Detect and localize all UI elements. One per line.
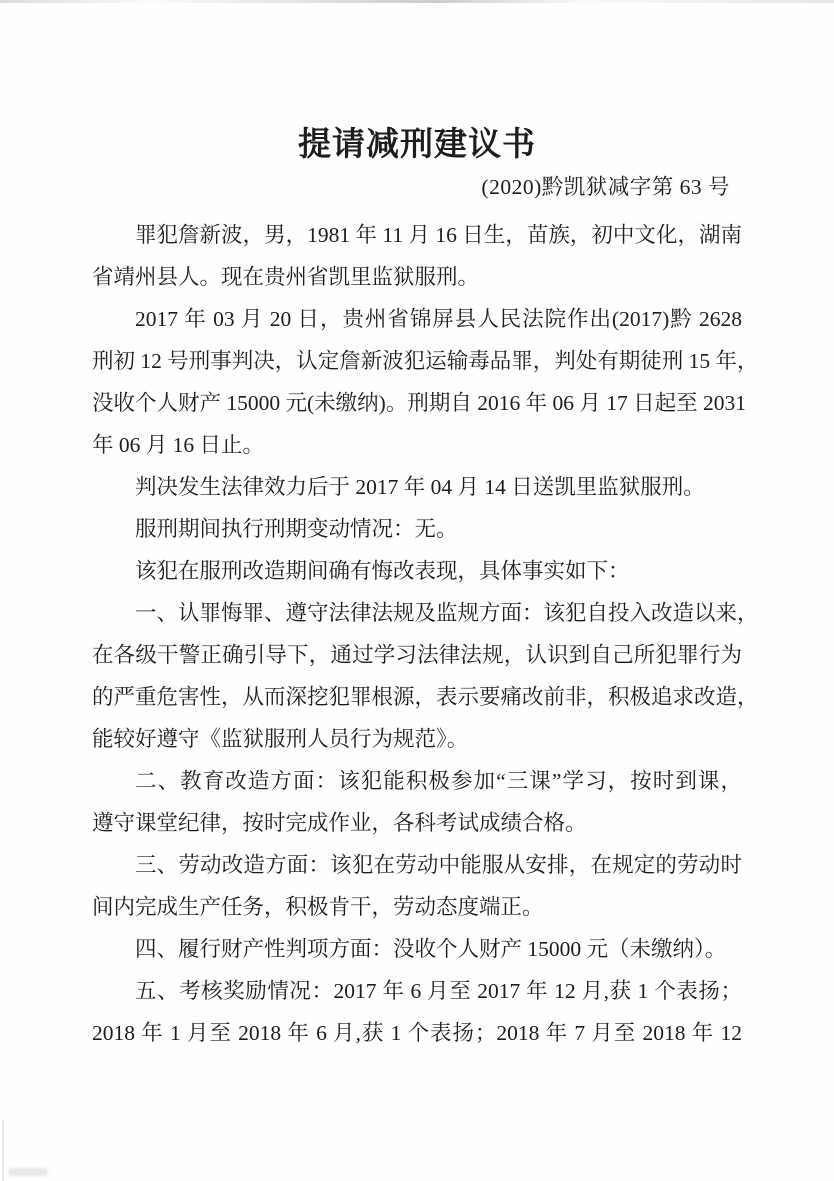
case-number: (2020)黔凯狱减字第 63 号 (481, 170, 730, 201)
text-line: 遵守课堂纪律，按时完成作业，各科考试成绩合格。 (92, 802, 742, 844)
paragraph: 一、认罪悔罪、遵守法律法规及监规方面：该犯自投入改造以来，在各级干警正确引导下，… (92, 592, 742, 760)
text-line: 省靖州县人。现在贵州省凯里监狱服刑。 (92, 256, 742, 298)
scanned-document-page: 提请减刑建议书 (2020)黔凯狱减字第 63 号 罪犯詹新波，男，1981 年… (0, 0, 834, 1181)
paragraph: 三、劳动改造方面：该犯在劳动中能服从安排，在规定的劳动时间内完成生产任务，积极肯… (92, 844, 742, 928)
text-line: 一、认罪悔罪、遵守法律法规及监规方面：该犯自投入改造以来， (92, 592, 742, 634)
paragraph: 2017 年 03 月 20 日，贵州省锦屏县人民法院作出(2017)黔 262… (92, 298, 742, 466)
text-line: 没收个人财产 15000 元(未缴纳)。刑期自 2016 年 06 月 17 日… (92, 382, 742, 424)
scan-artifact-top-edge (0, 0, 834, 3)
scan-artifact-left-edge (2, 1120, 4, 1181)
scan-artifact-smudge (8, 1168, 48, 1176)
text-line: 间内完成生产任务，积极肯干，劳动态度端正。 (92, 886, 742, 928)
paragraph: 五、考核奖励情况：2017 年 6 月至 2017 年 12 月,获 1 个表扬… (92, 970, 742, 1054)
text-line: 年 06 月 16 日止。 (92, 424, 742, 466)
document-body: 罪犯詹新波，男，1981 年 11 月 16 日生，苗族，初中文化，湖南省靖州县… (92, 214, 742, 1054)
text-line: 三、劳动改造方面：该犯在劳动中能服从安排，在规定的劳动时 (92, 844, 742, 886)
paragraph: 罪犯詹新波，男，1981 年 11 月 16 日生，苗族，初中文化，湖南省靖州县… (92, 214, 742, 298)
text-line: 2017 年 03 月 20 日，贵州省锦屏县人民法院作出(2017)黔 262… (92, 298, 742, 340)
text-line: 判决发生法律效力后于 2017 年 04 月 14 日送凯里监狱服刑。 (92, 466, 742, 508)
paragraph: 该犯在服刑改造期间确有悔改表现，具体事实如下： (92, 550, 742, 592)
text-line: 服刑期间执行刑期变动情况：无。 (92, 508, 742, 550)
text-line: 刑初 12 号刑事判决，认定詹新波犯运输毒品罪，判处有期徒刑 15 年， (92, 340, 742, 382)
text-line: 五、考核奖励情况：2017 年 6 月至 2017 年 12 月,获 1 个表扬… (92, 970, 742, 1012)
paragraph: 四、履行财产性判项方面：没收个人财产 15000 元（未缴纳）。 (92, 928, 742, 970)
text-line: 该犯在服刑改造期间确有悔改表现，具体事实如下： (92, 550, 742, 592)
paragraph: 服刑期间执行刑期变动情况：无。 (92, 508, 742, 550)
text-line: 能较好遵守《监狱服刑人员行为规范》。 (92, 718, 742, 760)
paragraph: 二、教育改造方面：该犯能积极参加“三课”学习，按时到课，遵守课堂纪律，按时完成作… (92, 760, 742, 844)
text-line: 的严重危害性，从而深挖犯罪根源，表示要痛改前非，积极追求改造， (92, 676, 742, 718)
text-line: 二、教育改造方面：该犯能积极参加“三课”学习，按时到课， (92, 760, 742, 802)
text-line: 罪犯詹新波，男，1981 年 11 月 16 日生，苗族，初中文化，湖南 (92, 214, 742, 256)
text-line: 在各级干警正确引导下，通过学习法律法规，认识到自己所犯罪行为 (92, 634, 742, 676)
paragraph: 判决发生法律效力后于 2017 年 04 月 14 日送凯里监狱服刑。 (92, 466, 742, 508)
text-line: 四、履行财产性判项方面：没收个人财产 15000 元（未缴纳）。 (92, 928, 742, 970)
text-line: 2018 年 1 月至 2018 年 6 月,获 1 个表扬；2018 年 7 … (92, 1012, 742, 1054)
document-title: 提请减刑建议书 (0, 118, 834, 165)
